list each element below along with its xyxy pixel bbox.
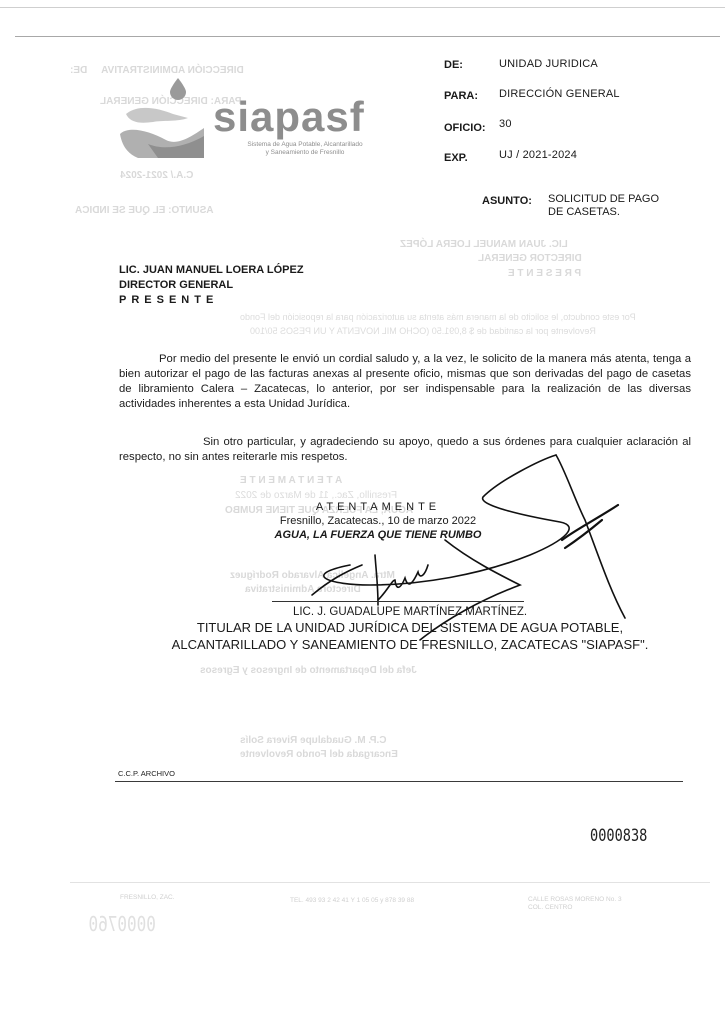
folio-stamp: 0000838 [590, 826, 647, 846]
ghost-footer-mid: TEL. 493 93 2 42 41 Y 1 05 05 y 878 39 8… [290, 897, 414, 905]
scan-edge-top [0, 7, 725, 8]
footer-rule [115, 781, 683, 782]
water-drop-icon [170, 78, 186, 100]
addressee-name: LIC. JUAN MANUEL LOERA LÓPEZ [119, 263, 304, 278]
ghost-sig2: Directora Administrativa [245, 584, 361, 595]
signature-line [272, 601, 524, 602]
ccp-archivo: C.C.P. ARCHIVO [118, 769, 175, 778]
ghost-sig3: Jefa del Departamento de Ingresos y Egre… [200, 665, 417, 676]
addressee-block: LIC. JUAN MANUEL LOERA LÓPEZ DIRECTOR GE… [119, 263, 304, 308]
para-value: DIRECCIÓN GENERAL [499, 88, 620, 100]
logo-wordmark: siapasf [213, 96, 365, 138]
asunto-label: ASUNTO: [482, 195, 532, 207]
oficio-label: OFICIO: [444, 122, 486, 134]
ghost-addr-pos: DIRECTOR GENERAL [478, 253, 582, 264]
oficio-value: 30 [499, 118, 512, 130]
exp-value: UJ / 2021-2024 [499, 149, 577, 161]
ghost-asunto: ASUNTO: EL QUE SE INDICA [75, 205, 214, 216]
body-paragraph-1: Por medio del presente le envió un cordi… [119, 352, 691, 412]
atentamente: ATENTAMENTE [180, 500, 576, 514]
ghost-line1: Por este conducto, le solicito de la man… [240, 312, 636, 322]
de-value: UNIDAD JURIDICA [499, 58, 598, 70]
addressee-salutation: PRESENTE [119, 293, 304, 308]
place-date: Fresnillo, Zacatecas., 10 de marzo 2022 [180, 514, 576, 528]
ghost-footer-right: CALLE ROSAS MORENO No. 3 COL. CENTRO [528, 896, 622, 912]
ghost-oficio: C.A./ 2021-2024 [120, 170, 193, 181]
ghost-footer-left: FRESNILLO, ZAC. [120, 894, 175, 902]
signatory-title-1: TITULAR DE LA UNIDAD JURÍDICA DEL SISTEM… [130, 619, 690, 636]
ghost-sig1: Mtra. Angelica Alvarado Rodríguez [230, 570, 395, 581]
ghost-addr-name: LIC. JUAN MANUEL LOERA LÓPEZ [400, 239, 568, 250]
hands-icon [118, 100, 208, 158]
signatory-name: LIC. J. GUADALUPE MARTÍNEZ MARTÍNEZ. [130, 605, 690, 619]
exp-label: EXP. [444, 152, 468, 164]
ghost-de: DIRECCIÓN ADMINISTRATIVA DE: [70, 65, 244, 76]
ghost-folio: 0000760 [88, 912, 155, 936]
siapasf-logo: siapasf Sistema de Agua Potable, Alcanta… [118, 78, 378, 158]
signatory-block: LIC. J. GUADALUPE MARTÍNEZ MARTÍNEZ. TIT… [130, 605, 690, 653]
page-top-rule [15, 36, 720, 37]
ghost-footer-rule [70, 882, 710, 883]
signatory-title-2: ALCANTARILLADO Y SANEAMIENTO DE FRESNILL… [130, 636, 690, 653]
institutional-motto: AGUA, LA FUERZA QUE TIENE RUMBO [180, 528, 576, 542]
addressee-position: DIRECTOR GENERAL [119, 278, 304, 293]
de-label: DE: [444, 59, 463, 71]
ghost-closing1: A T E N T A M E N T E [240, 475, 342, 486]
ghost-line2: Revolvente por la cantidad de $ 8,091.50… [250, 326, 596, 336]
ghost-sig5: Encargada del Fondo Revolvente [240, 749, 398, 760]
closing-block: ATENTAMENTE Fresnillo, Zacatecas., 10 de… [180, 500, 576, 542]
asunto-value: SOLICITUD DE PAGO DE CASETAS. [548, 193, 659, 219]
para-label: PARA: [444, 90, 478, 102]
ghost-addr-sal: P R E S E N T E [508, 268, 581, 279]
logo-subtitle: Sistema de Agua Potable, Alcantarillado … [220, 141, 390, 157]
ghost-sig4: C.P. M. Guadalupe Rivera Solís [240, 735, 387, 746]
body-paragraph-2: Sin otro particular, y agradeciendo su a… [119, 435, 691, 465]
